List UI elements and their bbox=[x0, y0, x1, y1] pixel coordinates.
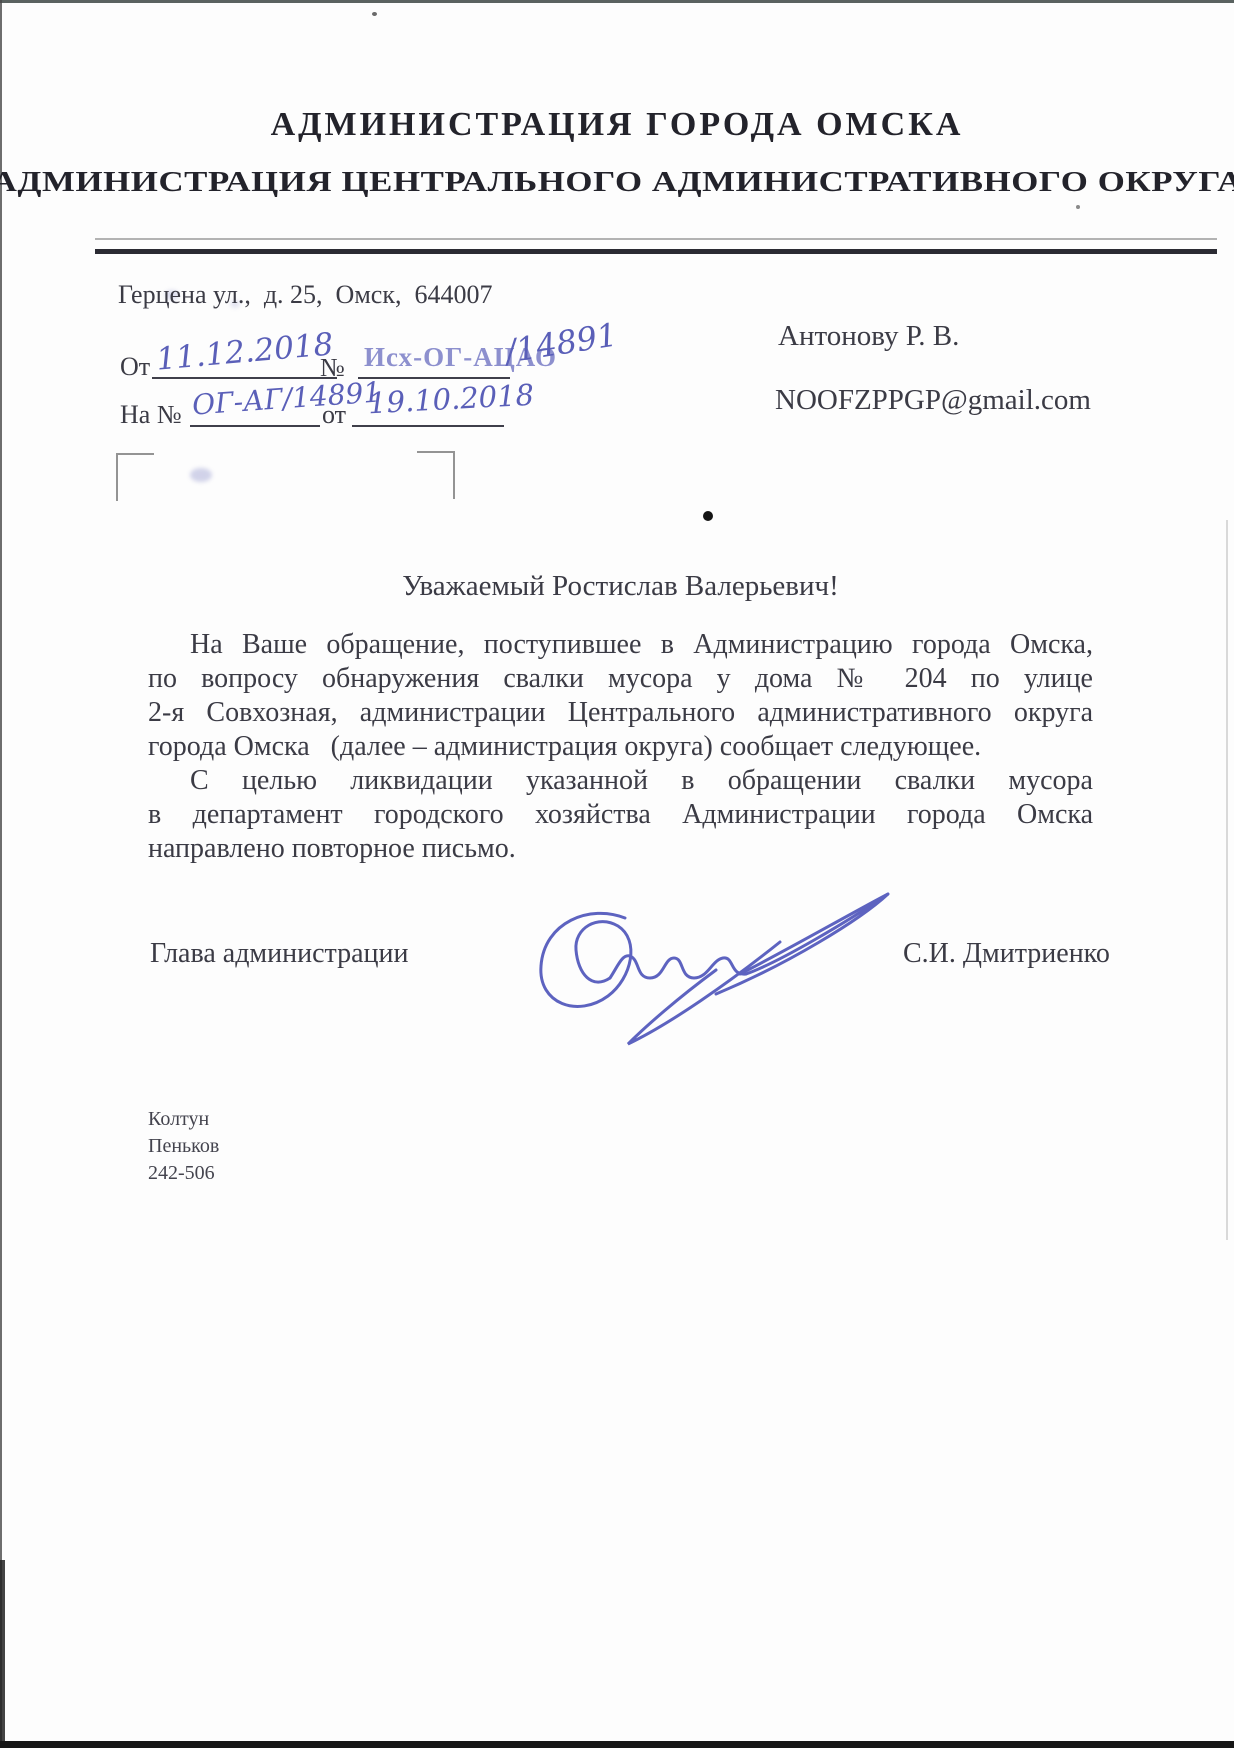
body-paragraph-1: На Ваше обращение, поступившее в Админис… bbox=[148, 628, 1093, 764]
body-text-line: города Омска (далее – администрация окру… bbox=[148, 730, 1093, 764]
executor-block: Колтун Пеньков 242-506 bbox=[148, 1106, 219, 1187]
incoming-number-underline bbox=[190, 425, 320, 427]
ink-smudge bbox=[190, 468, 212, 482]
outgoing-date-underline bbox=[152, 377, 337, 379]
incoming-date-handwritten: 19.10.2018 bbox=[367, 378, 535, 421]
recipient-email: NOOFZPPGP@gmail.com bbox=[775, 384, 1091, 417]
outgoing-number-underline bbox=[358, 377, 510, 379]
letterhead-org-line1: АДМИНИСТРАЦИЯ ГОРОДА ОМСКА bbox=[0, 106, 1234, 144]
letterhead-org-line2-text: АДМИНИСТРАЦИЯ ЦЕНТРАЛЬНОГО АДМИНИСТРАТИВ… bbox=[0, 166, 1234, 199]
scan-edge-left-bottom bbox=[0, 1560, 5, 1748]
body-text-line: С целью ликвидации указанной в обращении… bbox=[148, 764, 1093, 798]
letterhead-rule-thick bbox=[95, 249, 1217, 254]
body-text-line: в департамент городского хозяйства Админ… bbox=[148, 798, 1093, 832]
letterhead-rule-thin bbox=[95, 238, 1217, 240]
scan-edge-bottom bbox=[0, 1741, 1234, 1748]
recipient-name: Антонову Р. В. bbox=[778, 320, 959, 353]
body-paragraph-2: С целью ликвидации указанной в обращении… bbox=[148, 764, 1093, 866]
body-text-line: На Ваше обращение, поступившее в Админис… bbox=[148, 628, 1093, 662]
body-text-line: 2-я Совхозная, администрации Центральног… bbox=[148, 696, 1093, 730]
outgoing-date-handwritten: 11.12.2018 bbox=[155, 326, 335, 377]
incoming-number-handwritten: ОГ-АГ/14891 bbox=[191, 375, 382, 421]
address-zone-corner-right bbox=[417, 451, 455, 499]
scan-speckle bbox=[372, 12, 377, 16]
body-text-line: направлено повторное письмо. bbox=[148, 832, 1093, 866]
incoming-number-label: На № bbox=[120, 400, 182, 430]
incoming-date-label: от bbox=[322, 400, 346, 430]
ink-dot bbox=[703, 511, 713, 521]
executor-name-2: Пеньков bbox=[148, 1133, 219, 1160]
handwritten-signature bbox=[520, 878, 920, 1068]
outgoing-date-label: От bbox=[120, 352, 150, 382]
executor-name-1: Колтун bbox=[148, 1106, 219, 1133]
scan-edge-left bbox=[0, 0, 2, 1748]
letterhead-org-line2: АДМИНИСТРАЦИЯ ЦЕНТРАЛЬНОГО АДМИНИСТРАТИВ… bbox=[0, 166, 1234, 199]
signer-title: Глава администрации bbox=[150, 938, 409, 970]
body-text-line: по вопросу обнаружения свалки мусора у д… bbox=[148, 662, 1093, 696]
outgoing-number-handwritten: /14891 bbox=[503, 315, 620, 370]
salutation: Уважаемый Ростислав Валерьевич! bbox=[148, 570, 1093, 603]
signer-name: С.И. Дмитриенко bbox=[903, 938, 1110, 970]
address-zone-corner-left bbox=[116, 453, 154, 501]
org-postal-address: Герцена ул., д. 25, Омск, 644007 bbox=[118, 280, 492, 310]
document-page: АДМИНИСТРАЦИЯ ГОРОДА ОМСКА АДМИНИСТРАЦИЯ… bbox=[0, 0, 1234, 1748]
executor-phone: 242-506 bbox=[148, 1160, 219, 1187]
incoming-date-underline bbox=[352, 425, 504, 427]
scan-speckle bbox=[1076, 205, 1080, 209]
scan-edge-top bbox=[0, 0, 1234, 3]
scan-edge-right bbox=[1226, 520, 1228, 1240]
